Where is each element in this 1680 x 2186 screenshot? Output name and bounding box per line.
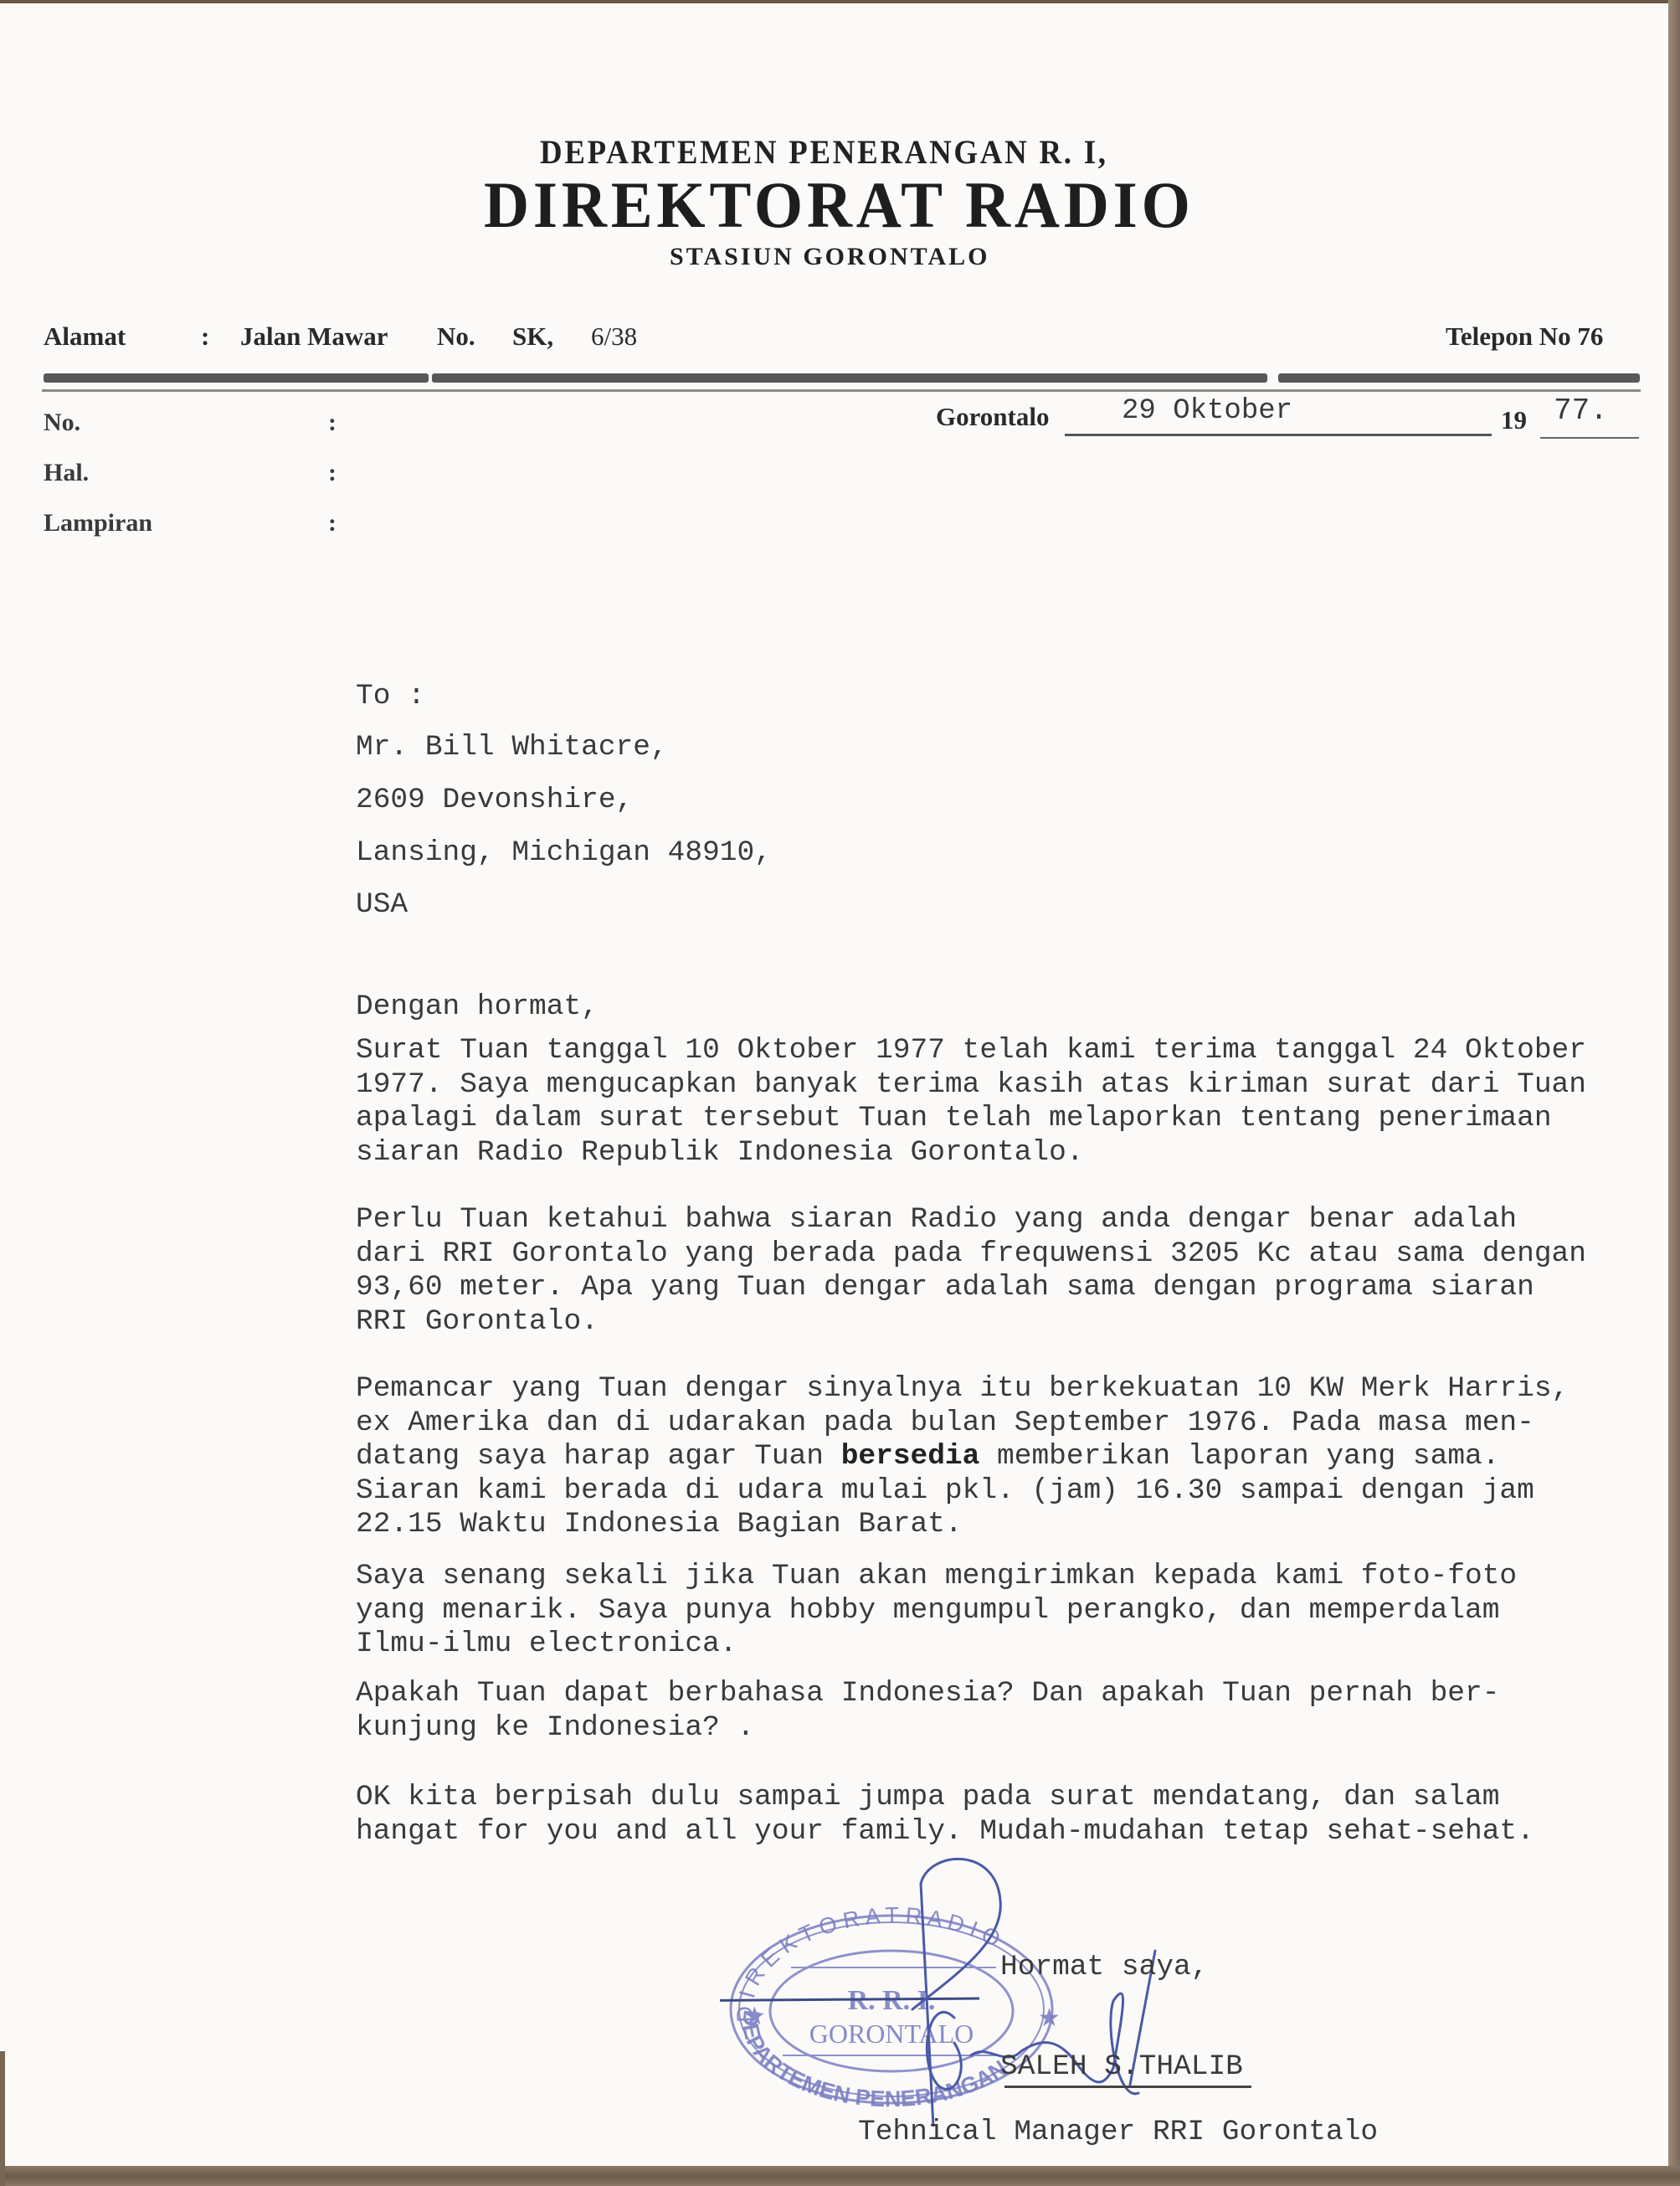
address-sk-label: SK, <box>512 321 553 352</box>
recipient-line: 2609 Devonshire, <box>356 784 633 817</box>
header-rule-thin <box>42 389 1641 392</box>
letter-year: 77. <box>1554 393 1608 428</box>
body-line: Perlu Tuan ketahui bahwa siaran Radio ya… <box>356 1203 1645 1237</box>
letterhead-department: DEPARTEMEN PENERANGAN R. I, <box>540 132 1108 172</box>
body-line: RRI Gorontalo. <box>356 1305 1645 1340</box>
signer-title: Tehnical Manager RRI Gorontalo <box>858 2116 1378 2149</box>
body-line: hangat for you and all your family. Muda… <box>356 1815 1645 1849</box>
address-street: Jalan Mawar <box>240 321 388 352</box>
body-line: 1977. Saya mengucapkan banyak terima kas… <box>356 1068 1645 1103</box>
body-paragraph-4: Saya senang sekali jika Tuan akan mengir… <box>356 1560 1645 1662</box>
recipient-to-label: To : <box>356 680 425 713</box>
emphasis-word: bersedia <box>841 1440 980 1473</box>
body-line: OK kita berpisah dulu sampai jumpa pada … <box>356 1781 1645 1815</box>
signer-underline <box>1004 2086 1251 2088</box>
meta-no-value: : <box>328 409 337 437</box>
recipient-line: Mr. Bill Whitacre, <box>356 731 668 764</box>
body-line: yang menarik. Saya punya hobby mengumpul… <box>356 1594 1645 1628</box>
date-underline <box>1065 434 1492 436</box>
year-underline <box>1540 437 1639 439</box>
body-text: datang saya harap agar Tuan <box>356 1440 841 1473</box>
body-line: kunjung ke Indonesia? . <box>356 1711 1645 1746</box>
body-line: Siaran kami berada di udara mulai pkl. (… <box>356 1474 1645 1509</box>
address-label: Alamat <box>44 321 126 352</box>
meta-lampiran-value: : <box>328 509 337 537</box>
letter-date: 29 Oktober <box>1122 395 1292 427</box>
address-number: 6/38 <box>591 321 637 352</box>
address-colon: : <box>201 321 209 352</box>
letter-place: Gorontalo <box>936 402 1050 432</box>
closing-text: Hormat saya, <box>1000 1951 1208 1984</box>
star-icon: ★ <box>743 2003 766 2030</box>
body-line: ex Amerika dan di udarakan pada bulan Se… <box>356 1407 1645 1441</box>
signer-name: SALEH S.THALIB <box>1000 2050 1243 2084</box>
body-line: apalagi dalam surat tersebut Tuan telah … <box>356 1102 1645 1136</box>
body-line: dari RRI Gorontalo yang berada pada freq… <box>356 1237 1645 1272</box>
paper-frame-bottom <box>0 2166 1680 2186</box>
body-paragraph-3: Pemancar yang Tuan dengar sinyalnya itu … <box>356 1372 1645 1542</box>
meta-hal-label: Hal. <box>44 459 89 487</box>
letterhead-title: DIREKTORAT RADIO <box>484 167 1194 243</box>
recipient-line: USA <box>356 888 408 922</box>
salutation: Dengan hormat, <box>356 990 599 1024</box>
paper-frame-left <box>0 2051 5 2186</box>
body-paragraph-6: OK kita berpisah dulu sampai jumpa pada … <box>356 1781 1645 1849</box>
recipient-line: Lansing, Michigan 48910, <box>356 836 772 870</box>
body-line: 22.15 Waktu Indonesia Bagian Barat. <box>356 1508 1645 1542</box>
letterhead-station: STASIUN GORONTALO <box>670 243 989 271</box>
header-rule-thick <box>432 373 1267 383</box>
address-no-label: No. <box>437 321 475 352</box>
body-line: Saya senang sekali jika Tuan akan mengir… <box>356 1560 1645 1594</box>
body-paragraph-1: Surat Tuan tanggal 10 Oktober 1977 telah… <box>356 1034 1645 1170</box>
body-line: siaran Radio Republik Indonesia Gorontal… <box>356 1136 1645 1170</box>
body-paragraph-2: Perlu Tuan ketahui bahwa siaran Radio ya… <box>356 1203 1645 1339</box>
body-line: 93,60 meter. Apa yang Tuan dengar adalah… <box>356 1271 1645 1305</box>
body-text: memberikan laporan yang sama. <box>979 1440 1499 1473</box>
address-phone: Telepon No 76 <box>1446 321 1603 352</box>
body-line: Apakah Tuan dapat berbahasa Indonesia? D… <box>356 1677 1645 1711</box>
meta-hal-value: : <box>328 459 337 487</box>
body-line: Pemancar yang Tuan dengar sinyalnya itu … <box>356 1372 1645 1407</box>
paper-frame-right <box>1668 0 1680 2186</box>
body-line-emphasis: datang saya harap agar Tuan bersedia mem… <box>356 1440 1645 1474</box>
paper-frame-top <box>0 0 1680 3</box>
body-line: Surat Tuan tanggal 10 Oktober 1977 telah… <box>356 1034 1645 1068</box>
meta-no-label: No. <box>44 409 80 437</box>
meta-lampiran-label: Lampiran <box>44 509 152 537</box>
header-rule-thick <box>1278 373 1640 383</box>
body-line: Ilmu-ilmu electronica. <box>356 1628 1645 1662</box>
letter-century: 19 <box>1501 405 1527 435</box>
body-paragraph-5: Apakah Tuan dapat berbahasa Indonesia? D… <box>356 1677 1645 1745</box>
header-rule-thick <box>44 373 429 383</box>
